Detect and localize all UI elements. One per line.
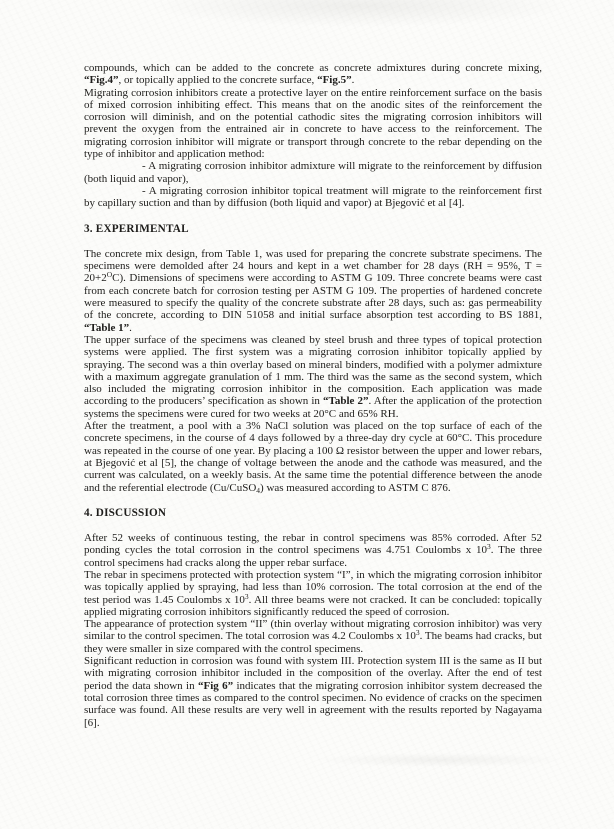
- bold-reference: “Fig.5”: [317, 74, 352, 86]
- paragraph: - A migrating corrosion inhibitor topica…: [84, 185, 542, 210]
- text-run: ) was measured according to ASTM C 876.: [260, 482, 451, 494]
- bold-reference: “Fig 6”: [198, 680, 233, 692]
- paragraph: After 52 weeks of continuous testing, th…: [84, 532, 542, 569]
- paragraph: The concrete mix design, from Table 1, w…: [84, 248, 542, 334]
- text-run: - A migrating corrosion inhibitor admixt…: [84, 160, 542, 184]
- text-run: .: [352, 74, 355, 86]
- section-heading: 4. DISCUSSION: [84, 507, 542, 519]
- paragraph: - A migrating corrosion inhibitor admixt…: [84, 160, 542, 185]
- text-run: - A migrating corrosion inhibitor topica…: [84, 185, 542, 209]
- document-page: compounds, which can be added to the con…: [0, 0, 614, 829]
- paragraph: Significant reduction in corrosion was f…: [84, 655, 542, 729]
- text-run: After 52 weeks of continuous testing, th…: [84, 532, 542, 556]
- text-run: , or topically applied to the concrete s…: [119, 74, 318, 86]
- section-heading: 3. EXPERIMENTAL: [84, 223, 542, 235]
- paragraph: After the treatment, a pool with a 3% Na…: [84, 420, 542, 494]
- text-run: C). Dimensions of specimens were accordi…: [84, 272, 542, 321]
- paragraph: The upper surface of the specimens was c…: [84, 334, 542, 420]
- bold-reference: “Fig.4”: [84, 74, 119, 86]
- bold-reference: “Table 2”: [323, 395, 368, 407]
- bold-reference: “Table 1”: [84, 322, 129, 334]
- paragraph: The appearance of protection system “II”…: [84, 618, 542, 655]
- text-block: compounds, which can be added to the con…: [84, 62, 542, 729]
- text-run: .: [129, 322, 132, 334]
- paragraph: compounds, which can be added to the con…: [84, 62, 542, 87]
- paragraph: Migrating corrosion inhibitors create a …: [84, 87, 542, 161]
- paragraph: The rebar in specimens protected with pr…: [84, 569, 542, 618]
- text-run: compounds, which can be added to the con…: [84, 62, 542, 74]
- text-run: Migrating corrosion inhibitors create a …: [84, 87, 542, 160]
